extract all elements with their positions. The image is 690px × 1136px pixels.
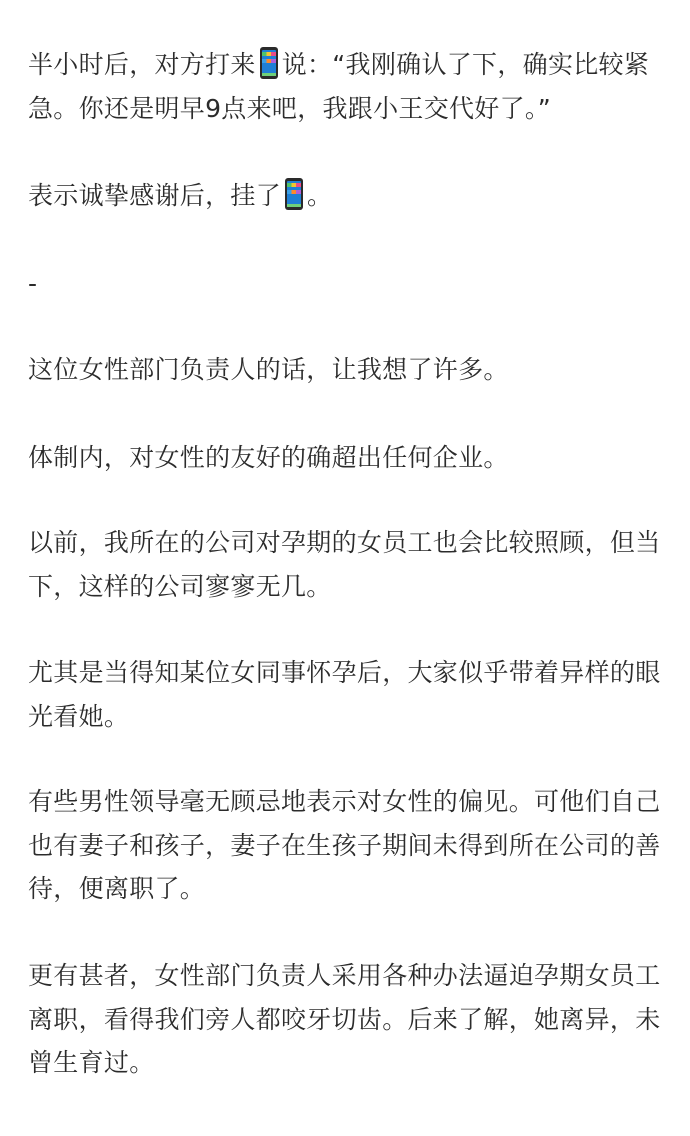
paragraph: 尤其是当得知某位女同事怀孕后，大家似乎带着异样的眼光看她。: [28, 651, 664, 738]
paragraph: 有些男性领导毫无顾忌地表示对女性的偏见。可他们自己也有妻子和孩子，妻子在生孩子期…: [28, 780, 664, 911]
paragraph: 更有甚者，女性部门负责人采用各种办法逼迫孕期女员工离职，看得我们旁人都咬牙切齿。…: [28, 954, 664, 1085]
paragraph: 以前，我所在的公司对孕期的女员工也会比较照顾，但当下，这样的公司寥寥无几。: [28, 521, 664, 608]
paragraph: 体制内，对女性的友好的确超出任何企业。: [28, 436, 664, 480]
mobile-phone-icon: [285, 178, 303, 210]
paragraph: 这位女性部门负责人的话，让我想了许多。: [28, 348, 664, 392]
section-divider: -: [28, 262, 664, 306]
paragraph-phone-call: 半小时后，对方打来说：“我刚确认了下，确实比较紧急。你还是明早9点来吧，我跟小王…: [28, 43, 664, 130]
paragraph-text: 表示诚挚感谢后，挂了: [28, 181, 281, 210]
paragraph-hang-up: 表示诚挚感谢后，挂了。: [28, 174, 664, 218]
paragraph-text: 。: [307, 181, 332, 210]
paragraph-text: 半小时后，对方打来: [28, 50, 256, 79]
mobile-phone-icon: [260, 47, 278, 79]
